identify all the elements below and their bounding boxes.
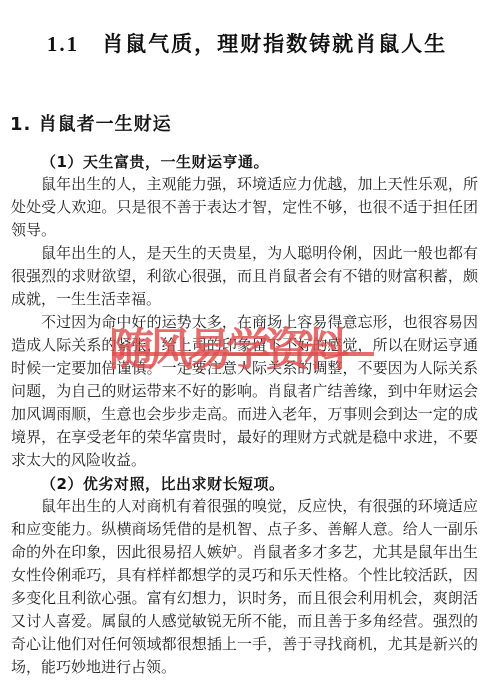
text-line: 多变化且利欲心强。富有幻想力，识时务，而且很会利用机会，爽朗活泼 (11, 588, 478, 611)
paragraph-subhead-1: （1）天生富贵，一生财运亨通。 (11, 151, 478, 174)
text-line: 鼠年出生的人对商机有着很强的嗅觉，反应快，有很强的环境适应力 (11, 496, 478, 519)
text-line: 造成人际关系的紧张，给上司的印象留下不好的感觉，所以在财运亨通的 (11, 335, 478, 358)
text-line: 命的外在印象，因此很易招人嫉妒。肖鼠者多才多艺，尤其是鼠年出生的 (11, 542, 478, 565)
text-line: 境界，在享受老年的荣华富贵时，最好的理财方式就是稳中求进，不要追 (11, 427, 478, 450)
text-line: 不过因为命中好的运势太多，在商场上容易得意忘形，也很容易因此 (11, 312, 478, 335)
paragraph-subhead-2: （2）优劣对照，比出求财长短项。 (11, 473, 478, 496)
book-page: 1.1 肖鼠气质，理财指数铸就肖鼠人生 1. 肖鼠者一生财运 （1）天生富贵，一… (0, 0, 494, 685)
text-line: 场，能巧妙地进行占领。 (11, 657, 478, 680)
text-line: 处处受人欢迎。只是很不善于表达才智，定性不够，也很不适于担任团体 (11, 197, 478, 220)
page-title: 1.1 肖鼠气质，理财指数铸就肖鼠人生 (0, 0, 494, 58)
text-line: 时候一定要加倍谨慎。一定要注意人际关系的调整，不要因为人际关系的 (11, 358, 478, 381)
text-line: 求太大的风险收益。 (11, 450, 478, 473)
text-line: 鼠年出生的人，主观能力强，环境适应力优越，加上天性乐观，所以 (11, 174, 478, 197)
text-line: 加风调雨顺，生意也会步步走高。而进入老年，万事则会到达一定的成功 (11, 404, 478, 427)
section-heading: 1. 肖鼠者一生财运 (10, 114, 494, 135)
text-line: 和应变能力。纵横商场凭借的是机智、点子多、善解人意。给人一副乐天 (11, 519, 478, 542)
text-line: 女性伶俐乖巧，具有样样都想学的灵巧和乐天性格。个性比较活跃，因此 (11, 565, 478, 588)
text-line: 又讨人喜爱。属鼠的人感觉敏锐无所不能，而且善于多角经营。强烈的好 (11, 611, 478, 634)
text-line: 领导。 (11, 220, 478, 243)
text-line: 成就，一生生活幸福。 (11, 289, 478, 312)
text-line: 奇心让他们对任何领域都很想插上一手，善于寻找商机，尤其是新兴的市 (11, 634, 478, 657)
text-line: 问题，为自己的财运带来不好的影响。肖鼠者广结善缘，到中年财运会更 (11, 381, 478, 404)
text-line: 鼠年出生的人，是天生的天贵星，为人聪明伶俐，因此一般也都有着 (11, 243, 478, 266)
body-text: （1）天生富贵，一生财运亨通。 鼠年出生的人，主观能力强，环境适应力优越，加上天… (11, 151, 478, 680)
text-line: 很强烈的求财欲望，利欲心很强，而且肖鼠者会有不错的财富积蓄，颇有 (11, 266, 478, 289)
